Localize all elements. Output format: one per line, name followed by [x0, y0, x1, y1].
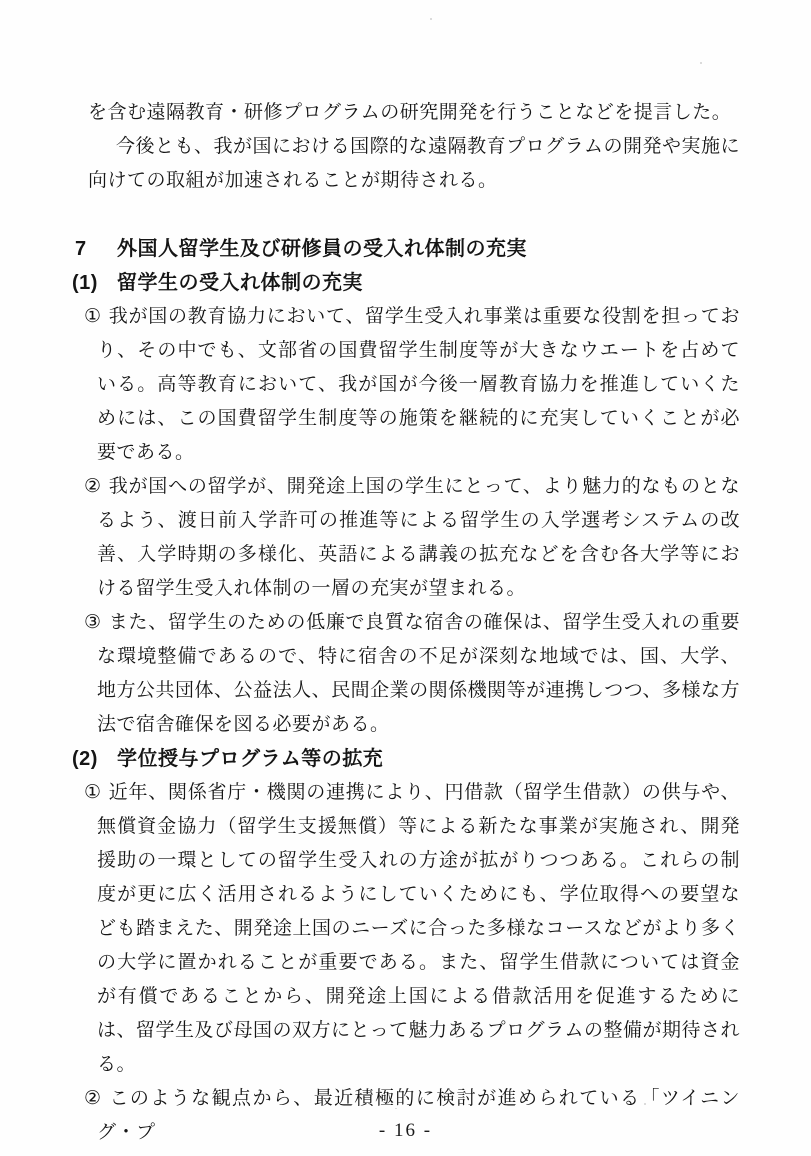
list-item: ①我が国の教育協力において、留学生受入れ事業は重要な役割を担っており、その中でも…: [97, 300, 740, 470]
scan-artifact: [700, 62, 702, 64]
list-item: ②我が国への留学が、開発途上国の学生にとって、より魅力的なものとなるよう、渡日前…: [97, 470, 740, 606]
item-marker: ①: [84, 782, 102, 803]
item-marker: ①: [84, 306, 102, 327]
subsection-number: (1): [72, 266, 117, 300]
section-heading: 7外国人留学生及び研修員の受入れ体制の充実: [75, 232, 811, 266]
item-marker: ②: [84, 1088, 102, 1109]
subsection-heading-2: (2)学位授与プログラム等の拡充: [72, 742, 811, 776]
item-text: 近年、関係省庁・機関の連携により、円借款（留学生借款）の供与や、無償資金協力（留…: [97, 782, 740, 1075]
subsection-number: (2): [72, 742, 117, 776]
subsection-heading-1: (1)留学生の受入れ体制の充実: [72, 266, 811, 300]
list-item: ①近年、関係省庁・機関の連携により、円借款（留学生借款）の供与や、無償資金協力（…: [97, 776, 740, 1082]
item-marker: ②: [84, 476, 102, 497]
paragraph: 今後とも、我が国における国際的な遠隔教育プログラムの開発や実施に向けての取組が加…: [88, 130, 740, 198]
item-text: また、留学生のための低廉で良質な宿舎の確保は、留学生受入れの重要な環境整備である…: [97, 612, 740, 735]
item-text: 我が国の教育協力において、留学生受入れ事業は重要な役割を担っており、その中でも、…: [97, 306, 740, 463]
paragraph-continuation: を含む遠隔教育・研修プログラムの研究開発を行うことなどを提言した。: [88, 96, 740, 130]
item-marker: ③: [84, 612, 102, 633]
document-body: を含む遠隔教育・研修プログラムの研究開発を行うことなどを提言した。 今後とも、我…: [0, 96, 811, 1150]
document-page: を含む遠隔教育・研修プログラムの研究開発を行うことなどを提言した。 今後とも、我…: [0, 0, 811, 1156]
scan-artifact: [430, 18, 432, 20]
list-item: ③また、留学生のための低廉で良質な宿舎の確保は、留学生受入れの重要な環境整備であ…: [97, 606, 740, 742]
subsection-title: 留学生の受入れ体制の充実: [117, 272, 363, 294]
section-title: 外国人留学生及び研修員の受入れ体制の充実: [117, 238, 527, 260]
section-number: 7: [75, 232, 117, 266]
item-text: 我が国への留学が、開発途上国の学生にとって、より魅力的なものとなるよう、渡日前入…: [97, 476, 740, 599]
page-number: - 16 -: [0, 1120, 811, 1142]
subsection-title: 学位授与プログラム等の拡充: [117, 748, 383, 770]
